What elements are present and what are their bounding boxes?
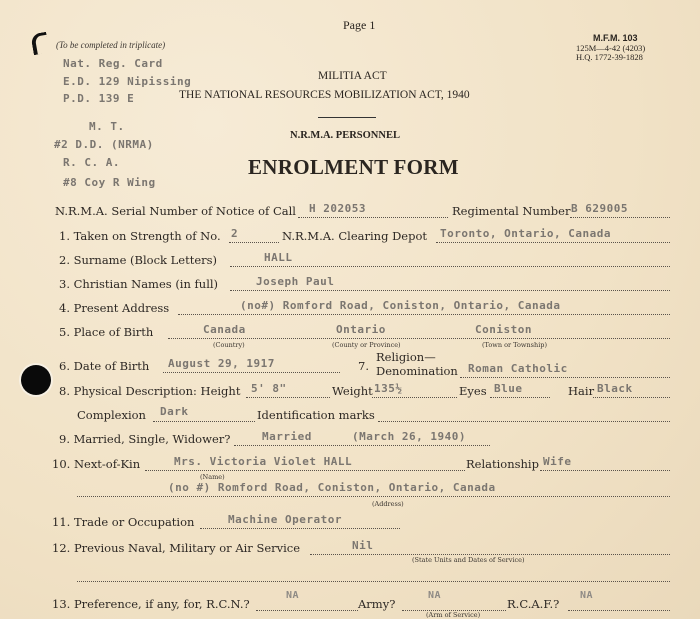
- birth-province-caption: (County or Province): [332, 341, 401, 349]
- relationship-label: Relationship: [466, 457, 539, 471]
- field-5-label: 5. Place of Birth: [59, 325, 153, 339]
- next-of-kin-name-caption: (Name): [200, 473, 225, 481]
- field-12-label: 12. Previous Naval, Military or Air Serv…: [52, 541, 300, 555]
- field-6-label: 6. Date of Birth: [59, 359, 149, 373]
- complexion-line: [153, 421, 255, 422]
- field-11-line: [200, 528, 400, 529]
- id-marks-label: Identification marks: [257, 408, 375, 422]
- field-1-label: 1. Taken on Strength of No.: [59, 229, 221, 243]
- next-of-kin-name-line: [145, 470, 465, 471]
- regimental-line: [570, 217, 670, 218]
- field-7-label-bottom: Denomination: [376, 364, 458, 378]
- regimental-value[interactable]: B 629005: [571, 202, 628, 215]
- next-of-kin-address-value[interactable]: (no #) Romford Road, Coniston, Ontario, …: [168, 481, 496, 494]
- field-7-label-top: Religion—: [376, 350, 436, 364]
- weight-line: [372, 397, 457, 398]
- punch-hole: [21, 365, 51, 395]
- hair-label: Hair: [568, 384, 594, 398]
- relationship-line: [540, 470, 670, 471]
- army-caption: (Arm of Service): [426, 611, 480, 619]
- field-3-line: [230, 290, 670, 291]
- field-7-num: 7.: [358, 359, 369, 373]
- birth-country-caption: (Country): [213, 341, 245, 349]
- complexion-value[interactable]: Dark: [160, 405, 189, 418]
- complexion-label: Complexion: [77, 408, 146, 422]
- relationship-value[interactable]: Wife: [543, 455, 572, 468]
- field-4-label: 4. Present Address: [59, 301, 169, 315]
- rcn-value[interactable]: NA: [286, 590, 299, 601]
- typed-note-mt: M. T.: [89, 120, 125, 133]
- field-1-no-line: [229, 242, 279, 243]
- form-title: ENROLMENT FORM: [248, 155, 459, 180]
- rcaf-line: [568, 610, 670, 611]
- army-value[interactable]: NA: [428, 590, 441, 601]
- field-12-line: [310, 554, 670, 555]
- form-code: M.F.M. 103: [593, 33, 638, 43]
- triplicate-note: (To be completed in triplicate): [56, 40, 165, 50]
- rcaf-label: R.C.A.F.?: [507, 597, 559, 611]
- marital-status-value[interactable]: Married: [262, 430, 312, 443]
- header-divider: [318, 117, 376, 118]
- regimental-label: Regimental Number: [452, 204, 570, 218]
- field-5-line: [168, 338, 670, 339]
- typed-note-rca: R. C. A.: [63, 156, 120, 169]
- page-label: Page 1: [343, 18, 375, 33]
- typed-note-pd: P.D. 139 E: [63, 92, 134, 105]
- typed-note-nat-reg: Nat. Reg. Card: [63, 57, 163, 70]
- height-line: [246, 397, 330, 398]
- serial-label: N.R.M.A. Serial Number of Notice of Call: [55, 204, 296, 218]
- act-line-2: THE NATIONAL RESOURCES MOBILIZATION ACT,…: [179, 89, 470, 101]
- field-1-depot-value[interactable]: Toronto, Ontario, Canada: [440, 227, 611, 240]
- christian-names-value[interactable]: Joseph Paul: [256, 275, 334, 288]
- marriage-date-value[interactable]: (March 26, 1940): [352, 430, 466, 443]
- eyes-label: Eyes: [459, 384, 487, 398]
- field-11-label: 11. Trade or Occupation: [52, 515, 194, 529]
- id-marks-line: [378, 421, 670, 422]
- rcaf-value[interactable]: NA: [580, 590, 593, 601]
- ink-mark: [30, 32, 49, 55]
- weight-label: Weight: [332, 384, 373, 398]
- typed-note-ed: E.D. 129 Nipissing: [63, 75, 191, 88]
- previous-service-value[interactable]: Nil: [352, 539, 373, 552]
- eyes-line: [490, 397, 550, 398]
- next-of-kin-address-line: [77, 496, 670, 497]
- previous-service-caption: (State Units and Dates of Service): [412, 556, 525, 564]
- field-6-line: [163, 372, 340, 373]
- field-10-label: 10. Next-of-Kin: [52, 457, 140, 471]
- present-address-value[interactable]: (no#) Romford Road, Coniston, Ontario, C…: [240, 299, 561, 312]
- height-value[interactable]: 5' 8": [251, 382, 287, 395]
- birth-town-value[interactable]: Coniston: [475, 323, 532, 336]
- rcn-line: [256, 610, 358, 611]
- hair-value[interactable]: Black: [597, 382, 633, 395]
- birth-country-value[interactable]: Canada: [203, 323, 246, 336]
- personnel-line: N.R.M.A. PERSONNEL: [290, 130, 400, 141]
- field-4-line: [178, 314, 670, 315]
- occupation-value[interactable]: Machine Operator: [228, 513, 342, 526]
- date-of-birth-value[interactable]: August 29, 1917: [168, 357, 275, 370]
- birth-province-value[interactable]: Ontario: [336, 323, 386, 336]
- religion-value[interactable]: Roman Catholic: [468, 362, 568, 375]
- field-9-label: 9. Married, Single, Widower?: [59, 432, 230, 446]
- field-2-label: 2. Surname (Block Letters): [59, 253, 217, 267]
- field-3-label: 3. Christian Names (in full): [59, 277, 218, 291]
- previous-service-line-2: [77, 581, 670, 582]
- field-13-label: 13. Preference, if any, for, R.C.N.?: [52, 597, 250, 611]
- field-8-label: 8. Physical Description: Height: [59, 384, 240, 398]
- typed-note-coy: #8 Coy R Wing: [63, 176, 156, 189]
- serial-line: [298, 217, 448, 218]
- enrolment-form-page: Page 1 (To be completed in triplicate) M…: [0, 0, 700, 619]
- eyes-value[interactable]: Blue: [494, 382, 523, 395]
- field-1-depot-label: N.R.M.A. Clearing Depot: [282, 229, 427, 243]
- next-of-kin-name-value[interactable]: Mrs. Victoria Violet HALL: [174, 455, 352, 468]
- field-1-depot-line: [436, 242, 670, 243]
- typed-note-dd: #2 D.D. (NRMA): [54, 138, 154, 151]
- weight-value[interactable]: 135½: [374, 382, 403, 395]
- serial-value[interactable]: H 202053: [309, 202, 366, 215]
- army-label: Army?: [358, 597, 395, 611]
- birth-town-caption: (Town or Township): [482, 341, 547, 349]
- field-1-no-value[interactable]: 2: [231, 227, 238, 240]
- act-line-1: MILITIA ACT: [318, 70, 387, 82]
- form-hq-ref: H.Q. 1772-39-1828: [576, 52, 643, 62]
- surname-value[interactable]: HALL: [264, 251, 293, 264]
- field-9-line: [234, 445, 490, 446]
- field-7-line: [460, 377, 670, 378]
- hair-line: [593, 397, 670, 398]
- field-2-line: [230, 266, 670, 267]
- next-of-kin-address-caption: (Address): [372, 500, 404, 508]
